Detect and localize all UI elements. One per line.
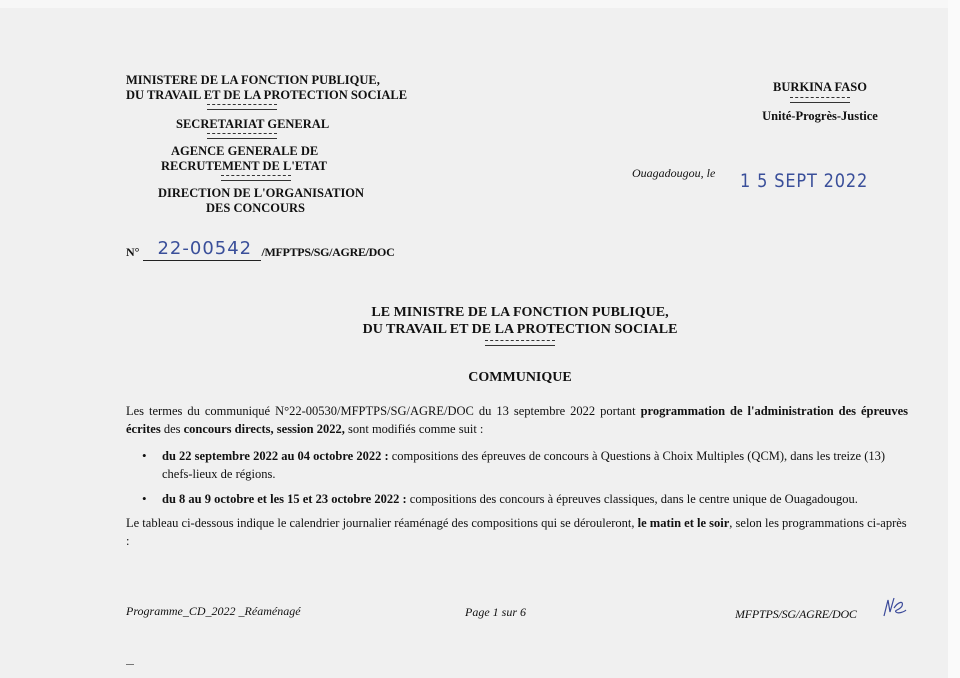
separator (790, 97, 850, 103)
list-item: du 22 septembre 2022 au 04 octobre 2022 … (138, 447, 908, 483)
separator (207, 133, 277, 139)
scan-edge (948, 0, 960, 678)
scan-mark (126, 664, 134, 665)
scan-top-band (0, 0, 948, 8)
title-line1: LE MINISTRE DE LA FONCTION PUBLIQUE, (320, 304, 720, 321)
document-type: COMMUNIQUE (320, 370, 720, 385)
list-item: du 8 au 9 octobre et les 15 et 23 octobr… (138, 490, 908, 508)
communique-body: Les termes du communiqué N°22-00530/MFPT… (126, 402, 908, 550)
footer-page-number: Page 1 sur 6 (465, 605, 526, 620)
reference-prefix: N° (126, 245, 139, 259)
intro-text: sont modifiés comme suit : (345, 422, 484, 436)
outro-paragraph: Le tableau ci-dessous indique le calendr… (126, 514, 908, 550)
place-label: Ouagadougou, le (632, 166, 715, 181)
reference-line: 22-00542 (143, 244, 261, 261)
agency-line2: RECRUTEMENT DE L'ETAT (126, 159, 426, 174)
separator (207, 104, 277, 110)
separator (221, 175, 291, 181)
national-motto: Unité-Progrès-Justice (750, 109, 890, 124)
intro-text: des (161, 422, 184, 436)
reference-number: N° 22-00542 /MFPTPS/SG/AGRE/DOC (126, 243, 394, 261)
reference-stamp: 22-00542 (157, 238, 252, 259)
bullet-dates: du 22 septembre 2022 au 04 octobre 2022 … (162, 449, 389, 463)
outro-text: Le tableau ci-dessous indique le calendr… (126, 516, 638, 530)
bullet-dates: du 8 au 9 octobre et les 15 et 23 octobr… (162, 492, 407, 506)
schedule-list: du 22 septembre 2022 au 04 octobre 2022 … (126, 447, 908, 508)
intro-paragraph: Les termes du communiqué N°22-00530/MFPT… (126, 402, 908, 438)
outro-bold: le matin et le soir (638, 516, 730, 530)
initials-signature-icon (880, 594, 908, 620)
country-name: BURKINA FASO (750, 80, 890, 95)
intro-text: Les termes du communiqué N°22-00530/MFPT… (126, 404, 641, 418)
intro-bold: concours directs, session 2022, (184, 422, 345, 436)
reference-suffix: /MFPTPS/SG/AGRE/DOC (261, 245, 394, 259)
footer-file-name: Programme_CD_2022 _Réaménagé (126, 604, 301, 619)
ministry-line1: MINISTERE DE LA FONCTION PUBLIQUE, (126, 73, 426, 88)
ministry-line2: DU TRAVAIL ET DE LA PROTECTION SOCIALE (126, 88, 426, 103)
title-line2: DU TRAVAIL ET DE LA PROTECTION SOCIALE (320, 321, 720, 338)
direction-line1: DIRECTION DE L'ORGANISATION (126, 186, 426, 201)
bullet-text: compositions des concours à épreuves cla… (407, 492, 858, 506)
date-stamp: 1 5 SEPT 2022 (740, 170, 868, 192)
title-block: LE MINISTRE DE LA FONCTION PUBLIQUE, DU … (320, 304, 720, 385)
right-header: BURKINA FASO Unité-Progrès-Justice (750, 80, 890, 124)
secretariat: SECRETARIAT GENERAL (126, 117, 476, 132)
footer-reference: MFPTPS/SG/AGRE/DOC (735, 607, 857, 622)
separator (485, 340, 555, 346)
direction-line2: DES CONCOURS (126, 201, 426, 216)
left-header: MINISTERE DE LA FONCTION PUBLIQUE, DU TR… (126, 73, 426, 216)
agency-line1: AGENCE GENERALE DE (126, 144, 426, 159)
